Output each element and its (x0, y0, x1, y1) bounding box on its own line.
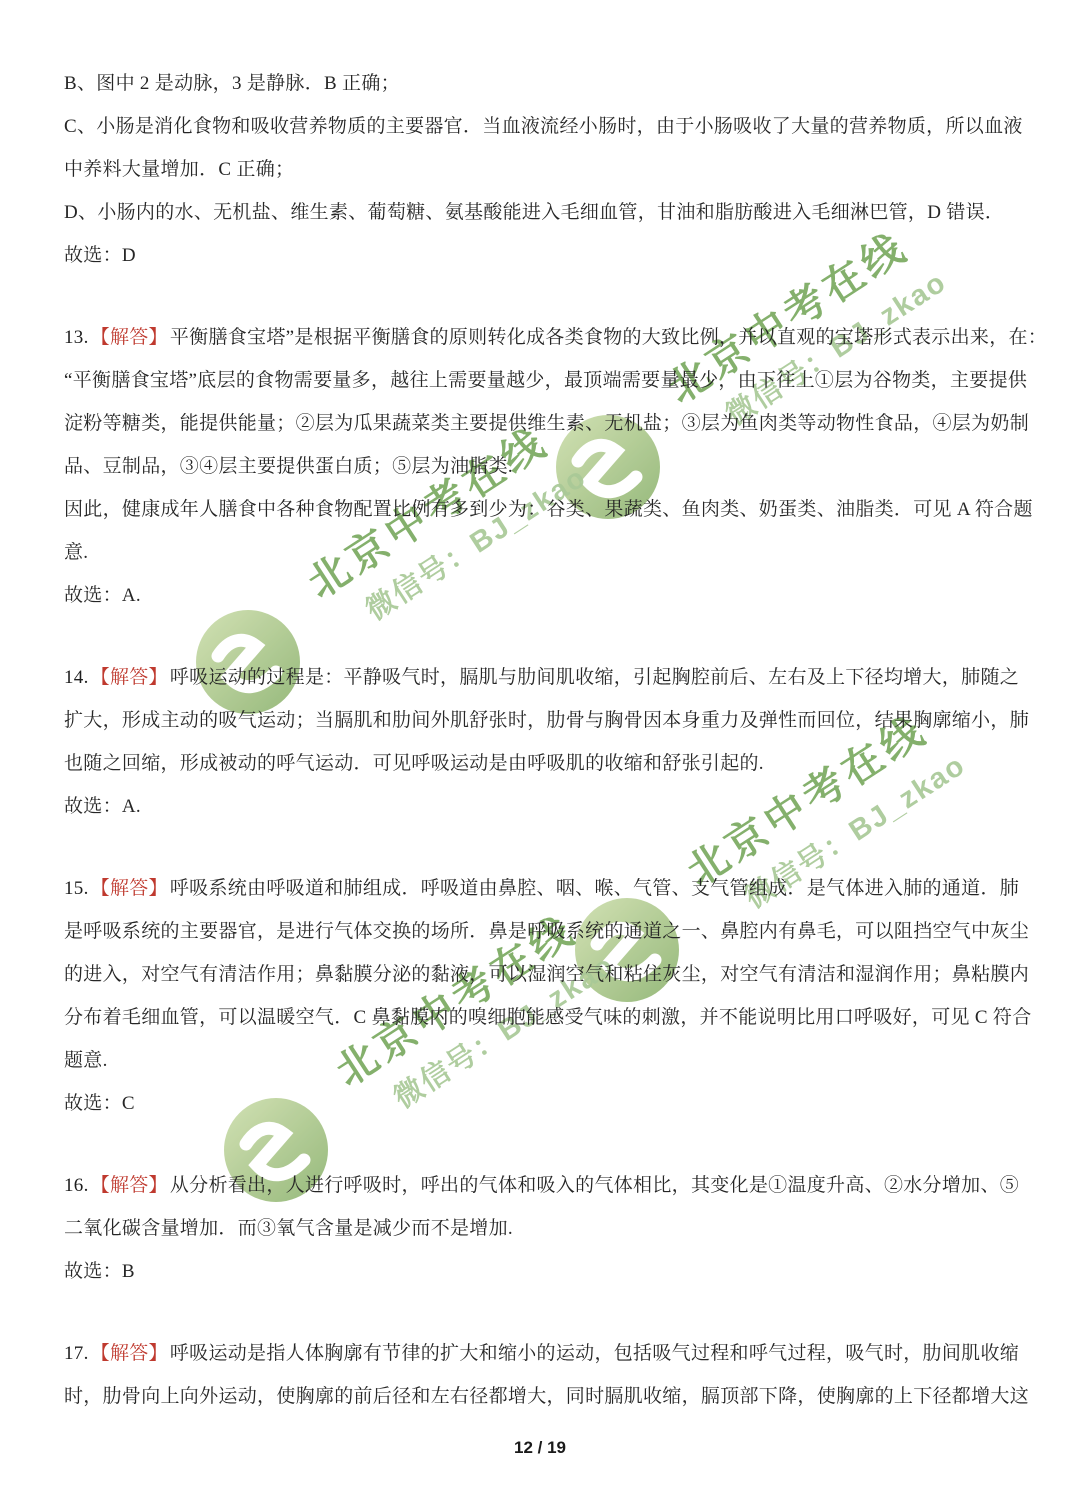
answer-section-16: 16.【解答】从分析看出，人进行呼吸时，呼出的气体和吸入的气体相比，其变化是①温… (64, 1164, 1022, 1293)
answer-line: 13.【解答】平衡膳食宝塔”是根据平衡膳食的原则转化成各类食物的大致比例，并以直… (64, 316, 1022, 359)
answer-lead-text: 呼吸运动是指人体胸廓有节律的扩大和缩小的运动，包括吸气过程和呼气过程，吸气时，肋… (170, 1343, 1019, 1364)
question-number: 14. (64, 667, 89, 688)
answer-section-13: 13.【解答】平衡膳食宝塔”是根据平衡膳食的原则转化成各类食物的大致比例，并以直… (64, 316, 1022, 617)
answer-line: 17.【解答】呼吸运动是指人体胸廓有节律的扩大和缩小的运动，包括吸气过程和呼气过… (64, 1332, 1022, 1375)
answer-marker: 【解答】 (91, 1175, 168, 1196)
answer-line: 15.【解答】呼吸系统由呼吸道和肺组成．呼吸道由鼻腔、咽、喉、气管、支气管组成．… (64, 867, 1022, 910)
question-number: 17. (64, 1343, 89, 1364)
question-number: 13. (64, 327, 89, 348)
answer-line: C、小肠是消化食物和吸收营养物质的主要器官．当血液流经小肠时，由于小肠吸收了大量… (64, 105, 1022, 148)
answer-line: 分布着毛细血管，可以温暖空气．C 鼻黏膜内的嗅细胞能感受气味的刺激，并不能说明比… (64, 996, 1022, 1039)
answer-content: B、图中 2 是动脉，3 是静脉．B 正确； C、小肠是消化食物和吸收营养物质的… (64, 62, 1022, 1457)
answer-line: 品、豆制品，③④层主要提供蛋白质；⑤层为油脂类. (64, 445, 1022, 488)
answer-section-14: 14.【解答】呼吸运动的过程是：平静吸气时，膈肌与肋间肌收缩，引起胸腔前后、左右… (64, 656, 1022, 828)
answer-lead-text: 呼吸运动的过程是：平静吸气时，膈肌与肋间肌收缩，引起胸腔前后、左右及上下径均增大… (170, 667, 1019, 688)
answer-choice-line: 故选：C (64, 1082, 1022, 1125)
answer-line: 也随之回缩，形成被动的呼气运动．可见呼吸运动是由呼吸肌的收缩和舒张引起的. (64, 742, 1022, 785)
answer-line: 二氧化碳含量增加．而③氧气含量是减少而不是增加. (64, 1207, 1022, 1250)
answer-line: “平衡膳食宝塔”底层的食物需要量多，越往上需要量越少，最顶端需要量最少，由下往上… (64, 359, 1022, 402)
answer-choice-line: 故选：D (64, 234, 1022, 277)
page-number: 12 / 19 (0, 1438, 1080, 1458)
answer-line: 时，肋骨向上向外运动，使胸廓的前后径和左右径都增大，同时膈肌收缩，膈顶部下降，使… (64, 1375, 1022, 1418)
answer-line: 扩大，形成主动的吸气运动；当膈肌和肋间外肌舒张时，肋骨与胸骨因本身重力及弹性而回… (64, 699, 1022, 742)
answer-line: 中养料大量增加．C 正确； (64, 148, 1022, 191)
answer-marker: 【解答】 (91, 878, 168, 899)
answer-line: 是呼吸系统的主要器官，是进行气体交换的场所．鼻是呼吸系统的通道之一、鼻腔内有鼻毛… (64, 910, 1022, 953)
answer-line: 16.【解答】从分析看出，人进行呼吸时，呼出的气体和吸入的气体相比，其变化是①温… (64, 1164, 1022, 1207)
answer-choice-line: 故选：A. (64, 574, 1022, 617)
answer-section-12: B、图中 2 是动脉，3 是静脉．B 正确； C、小肠是消化食物和吸收营养物质的… (64, 62, 1022, 277)
answer-marker: 【解答】 (91, 667, 168, 688)
answer-marker: 【解答】 (91, 327, 168, 348)
answer-lead-text: 从分析看出，人进行呼吸时，呼出的气体和吸入的气体相比，其变化是①温度升高、②水分… (170, 1175, 1019, 1196)
question-number: 16. (64, 1175, 89, 1196)
answer-section-17: 17.【解答】呼吸运动是指人体胸廓有节律的扩大和缩小的运动，包括吸气过程和呼气过… (64, 1332, 1022, 1418)
answer-section-15: 15.【解答】呼吸系统由呼吸道和肺组成．呼吸道由鼻腔、咽、喉、气管、支气管组成．… (64, 867, 1022, 1125)
answer-line: 的进入，对空气有清洁作用；鼻黏膜分泌的黏液，可以湿润空气和粘住灰尘，对空气有清洁… (64, 953, 1022, 996)
answer-line: 14.【解答】呼吸运动的过程是：平静吸气时，膈肌与肋间肌收缩，引起胸腔前后、左右… (64, 656, 1022, 699)
answer-line: 因此，健康成年人膳食中各种食物配置比例有多到少为：谷类、果蔬类、鱼肉类、奶蛋类、… (64, 488, 1022, 531)
answer-lead-text: 平衡膳食宝塔”是根据平衡膳食的原则转化成各类食物的大致比例，并以直观的宝塔形式表… (170, 327, 1047, 348)
answer-line: 题意. (64, 1039, 1022, 1082)
answer-choice-line: 故选：A. (64, 785, 1022, 828)
answer-line: 淀粉等糖类，能提供能量；②层为瓜果蔬菜类主要提供维生素、无机盐；③层为鱼肉类等动… (64, 402, 1022, 445)
answer-choice-line: 故选：B (64, 1250, 1022, 1293)
answer-marker: 【解答】 (91, 1343, 168, 1364)
exam-answer-page: 北京中考在线 微信号：BJ_zkao 北京中考在线 微信号：BJ_zkao (0, 0, 1080, 1492)
answer-line: B、图中 2 是动脉，3 是静脉．B 正确； (64, 62, 1022, 105)
question-number: 15. (64, 878, 89, 899)
answer-line: D、小肠内的水、无机盐、维生素、葡萄糖、氨基酸能进入毛细血管，甘油和脂肪酸进入毛… (64, 191, 1022, 234)
answer-lead-text: 呼吸系统由呼吸道和肺组成．呼吸道由鼻腔、咽、喉、气管、支气管组成．是气体进入肺的… (170, 878, 1019, 899)
answer-line: 意. (64, 531, 1022, 574)
